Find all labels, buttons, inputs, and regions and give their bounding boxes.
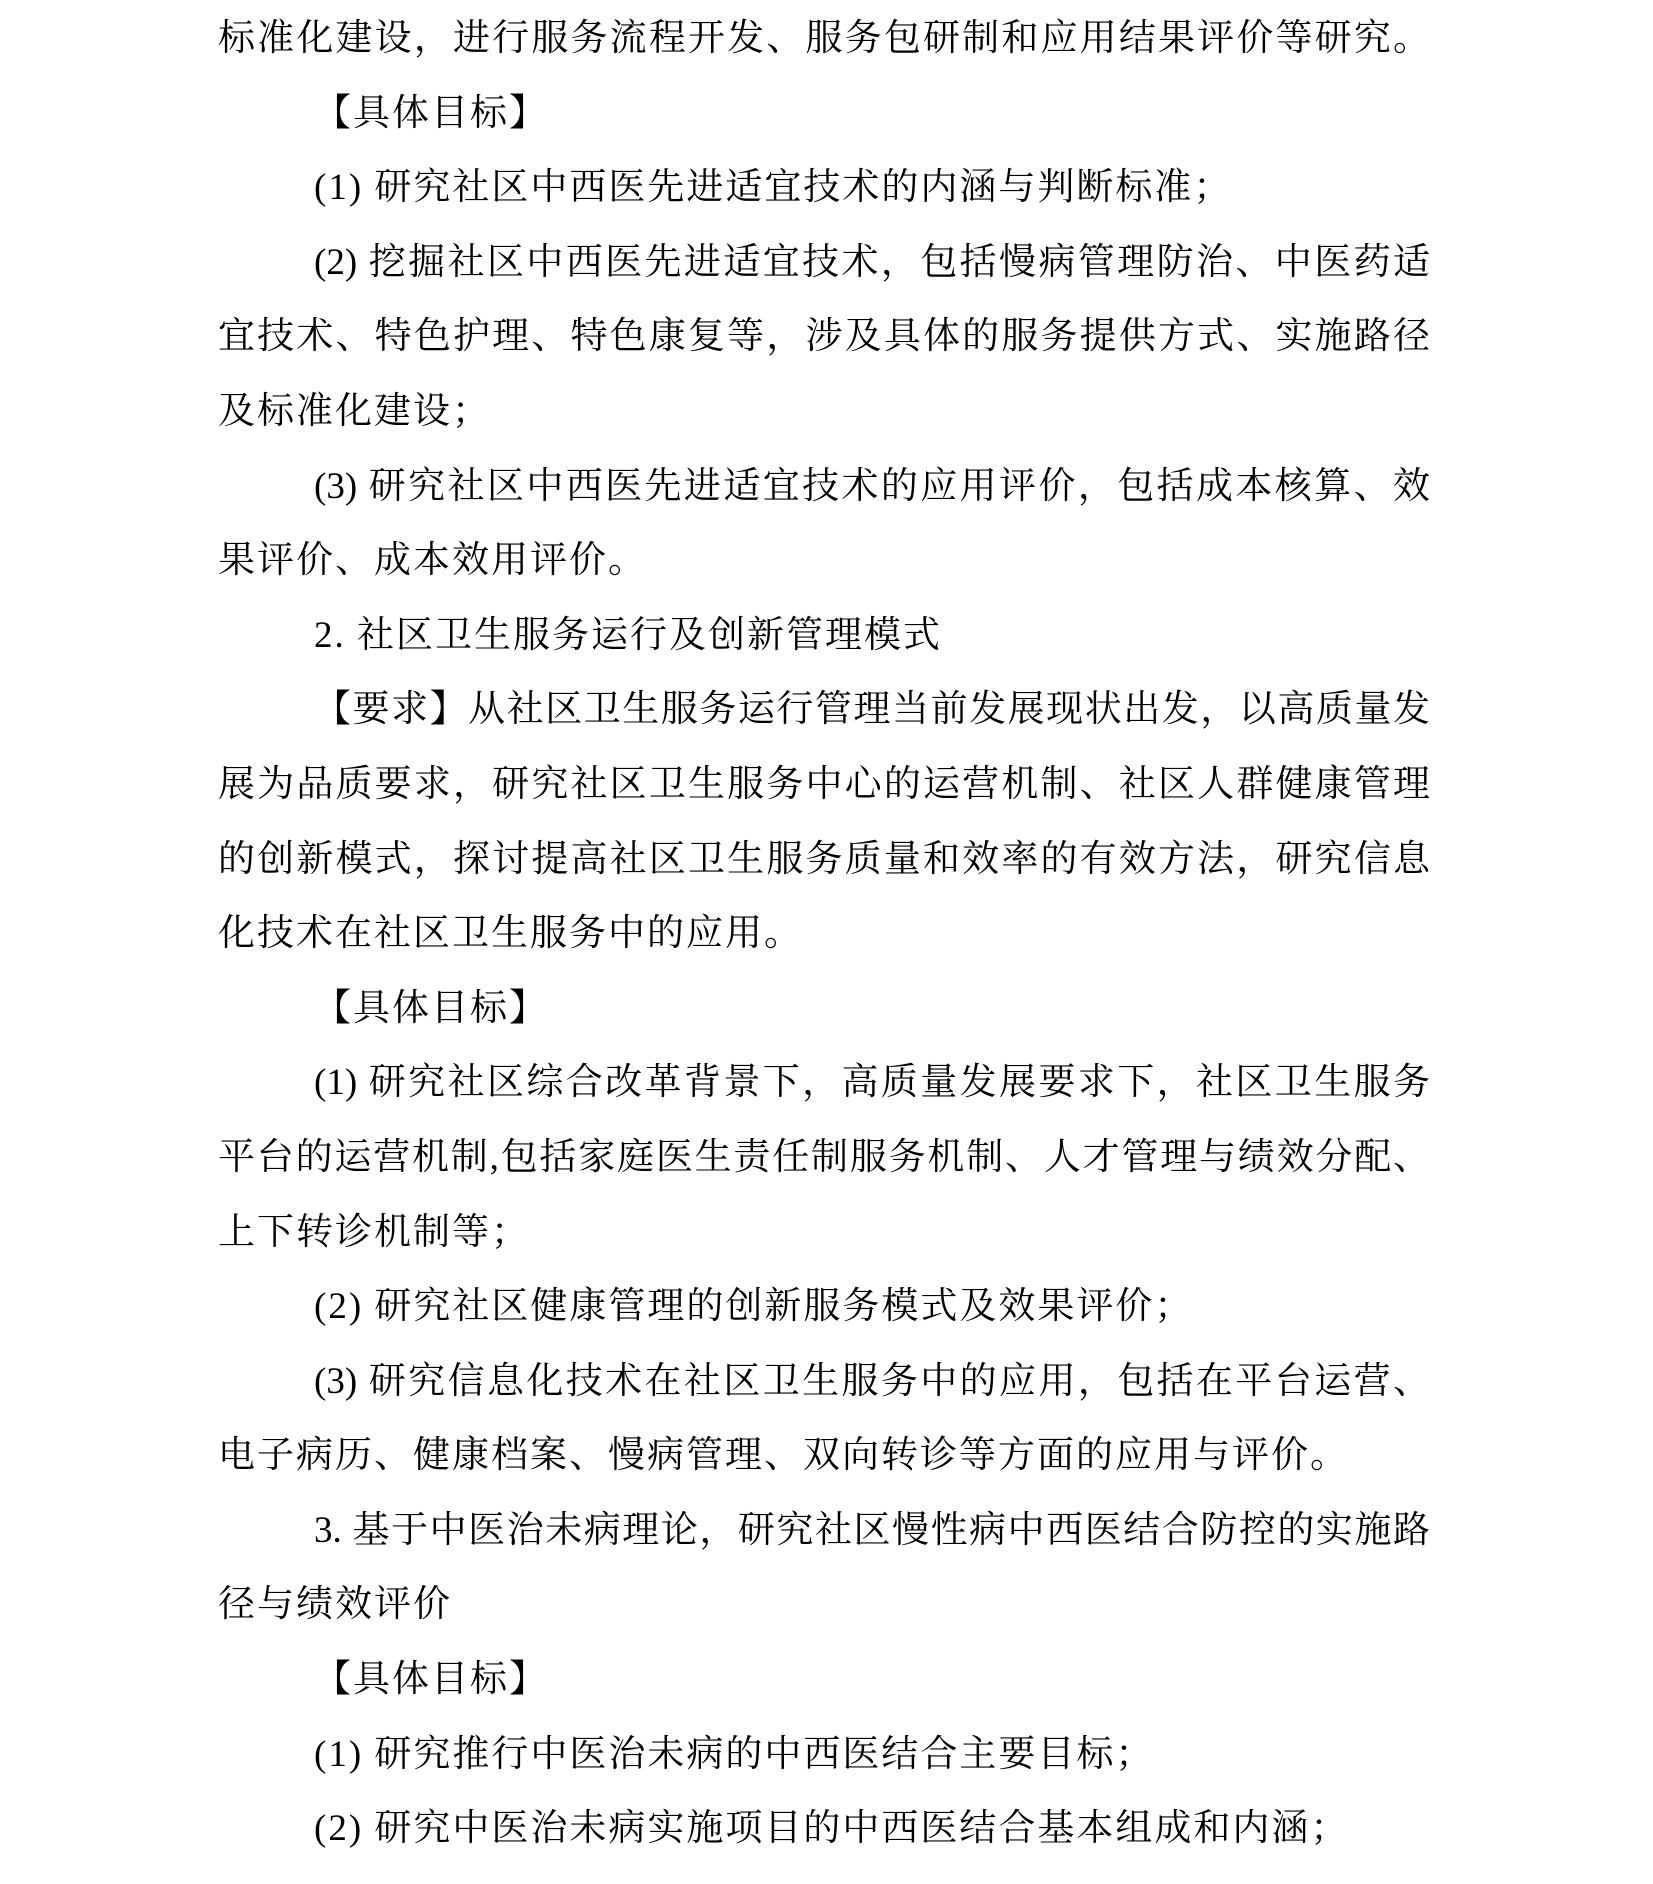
sec3-goal-item-2: (2) 研究中医治未病实施项目的中西医结合基本组成和内涵； (218, 1792, 1430, 1867)
specific-goals-heading-3: 【具体目标】 (218, 1643, 1430, 1718)
sec2-goal-item-2: (2) 研究社区健康管理的创新服务模式及效果评价； (218, 1270, 1430, 1345)
specific-goals-heading: 【具体目标】 (218, 77, 1430, 152)
requirements-paragraph: 【要求】从社区卫生服务运行管理当前发展现状出发，以高质量发 (218, 673, 1430, 748)
goal-item-3-end: 果评价、成本效用评价。 (218, 524, 1430, 599)
sec2-goal-item-1-wrap: 平台的运营机制,包括家庭医生责任制服务机制、人才管理与绩效分配、 (218, 1121, 1430, 1196)
sec2-goal-item-1-end: 上下转诊机制等； (218, 1196, 1430, 1271)
sec3-goal-item-1: (1) 研究推行中医治未病的中西医结合主要目标； (218, 1718, 1430, 1793)
document-page: 标准化建设，进行服务流程开发、服务包研制和应用结果评价等研究。 【具体目标】 (… (0, 0, 1430, 1867)
section-2-title: 2. 社区卫生服务运行及创新管理模式 (218, 599, 1430, 674)
section-3-title-end: 径与绩效评价 (218, 1568, 1430, 1643)
goal-item-1: (1) 研究社区中西医先进适宜技术的内涵与判断标准； (218, 151, 1430, 226)
sec2-goal-item-3: (3) 研究信息化技术在社区卫生服务中的应用，包括在平台运营、 (218, 1345, 1430, 1420)
goal-item-2: (2) 挖掘社区中西医先进适宜技术，包括慢病管理防治、中医药适 (218, 226, 1430, 301)
requirements-paragraph-wrap-1: 展为品质要求，研究社区卫生服务中心的运营机制、社区人群健康管理 (218, 748, 1430, 823)
sec2-goal-item-1: (1) 研究社区综合改革背景下，高质量发展要求下，社区卫生服务 (218, 1046, 1430, 1121)
requirements-paragraph-wrap-2: 的创新模式，探讨提高社区卫生服务质量和效率的有效方法，研究信息 (218, 823, 1430, 898)
specific-goals-heading-2: 【具体目标】 (218, 972, 1430, 1047)
section-3-title: 3. 基于中医治未病理论，研究社区慢性病中西医结合防控的实施路 (218, 1494, 1430, 1569)
goal-item-2-wrap: 宜技术、特色护理、特色康复等，涉及具体的服务提供方式、实施路径 (218, 300, 1430, 375)
goal-item-3: (3) 研究社区中西医先进适宜技术的应用评价，包括成本核算、效 (218, 450, 1430, 525)
goal-item-2-end: 及标准化建设； (218, 375, 1430, 450)
paragraph-end-line: 标准化建设，进行服务流程开发、服务包研制和应用结果评价等研究。 (218, 2, 1430, 77)
requirements-paragraph-end: 化技术在社区卫生服务中的应用。 (218, 897, 1430, 972)
sec2-goal-item-3-end: 电子病历、健康档案、慢病管理、双向转诊等方面的应用与评价。 (218, 1419, 1430, 1494)
